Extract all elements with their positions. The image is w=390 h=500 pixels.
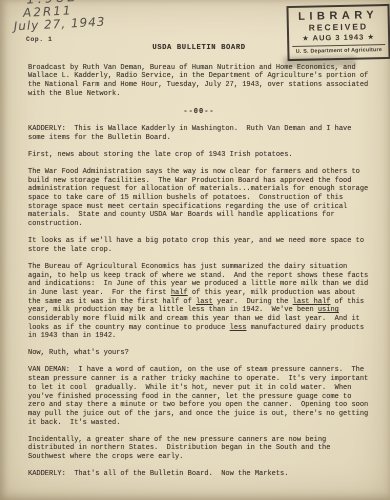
text-segment: half <box>171 289 188 297</box>
handwritten-annotations: 1.982 A2R11 July 27, 1943 <box>12 0 106 33</box>
paragraph: The Bureau of Agricultural Economics has… <box>28 263 370 341</box>
text-segment: Incidentally, a greater share of the new… <box>28 436 335 461</box>
paragraph: VAN DEMAN: I have a word of caution, on … <box>28 366 370 427</box>
text-segment: Now, Ruth, what's yours? <box>28 349 129 357</box>
copy-note: Cop. 1 <box>26 36 52 43</box>
text-segment: last <box>196 298 213 306</box>
text-segment: year. During the <box>213 298 293 306</box>
body-paragraphs: KADDERLY: This is Wallace Kadderly in Wa… <box>28 125 370 479</box>
section-separator: --00-- <box>28 108 370 117</box>
paragraph: KADDERLY: This is Wallace Kadderly in Wa… <box>28 125 370 142</box>
paragraph: The War Food Administration says the way… <box>28 168 370 229</box>
text-segment: KADDERLY: This is Wallace Kadderly in Wa… <box>28 125 356 142</box>
text-segment: VAN DEMAN: I have a word of caution, on … <box>28 366 372 426</box>
paragraph: Now, Ruth, what's yours? <box>28 349 370 358</box>
page-title: USDA BULLETIN BOARD <box>28 44 370 53</box>
text-segment: It looks as if we'll have a big potato c… <box>28 237 368 254</box>
paragraph: Incidentally, a greater share of the new… <box>28 436 370 462</box>
text-segment: using <box>318 306 339 314</box>
paragraph: KADDERLY: That's all of the Bulletin Boa… <box>28 470 370 479</box>
paragraph: It looks as if we'll have a big potato c… <box>28 237 370 254</box>
paragraph: First, news about storing the late crop … <box>28 151 370 160</box>
text-segment: First, news about storing the late crop … <box>28 151 293 159</box>
text-segment: last half <box>293 298 331 306</box>
document-page: 1.982 A2R11 July 27, 1943 Cop. 1 LIBRARY… <box>0 0 390 500</box>
stamp-library-text: LIBRARY <box>291 9 386 23</box>
text-segment: KADDERLY: That's all of the Bulletin Boa… <box>28 470 288 478</box>
typed-content: USDA BULLETIN BOARD Broadcast by Ruth Va… <box>28 44 370 487</box>
intro-paragraph: Broadcast by Ruth Van Deman, Bureau of H… <box>28 64 370 99</box>
text-segment: less <box>230 324 247 332</box>
text-segment: The War Food Administration says the way… <box>28 168 372 228</box>
stamp-date-text: ★ AUG 3 1943 ★ <box>291 31 386 44</box>
